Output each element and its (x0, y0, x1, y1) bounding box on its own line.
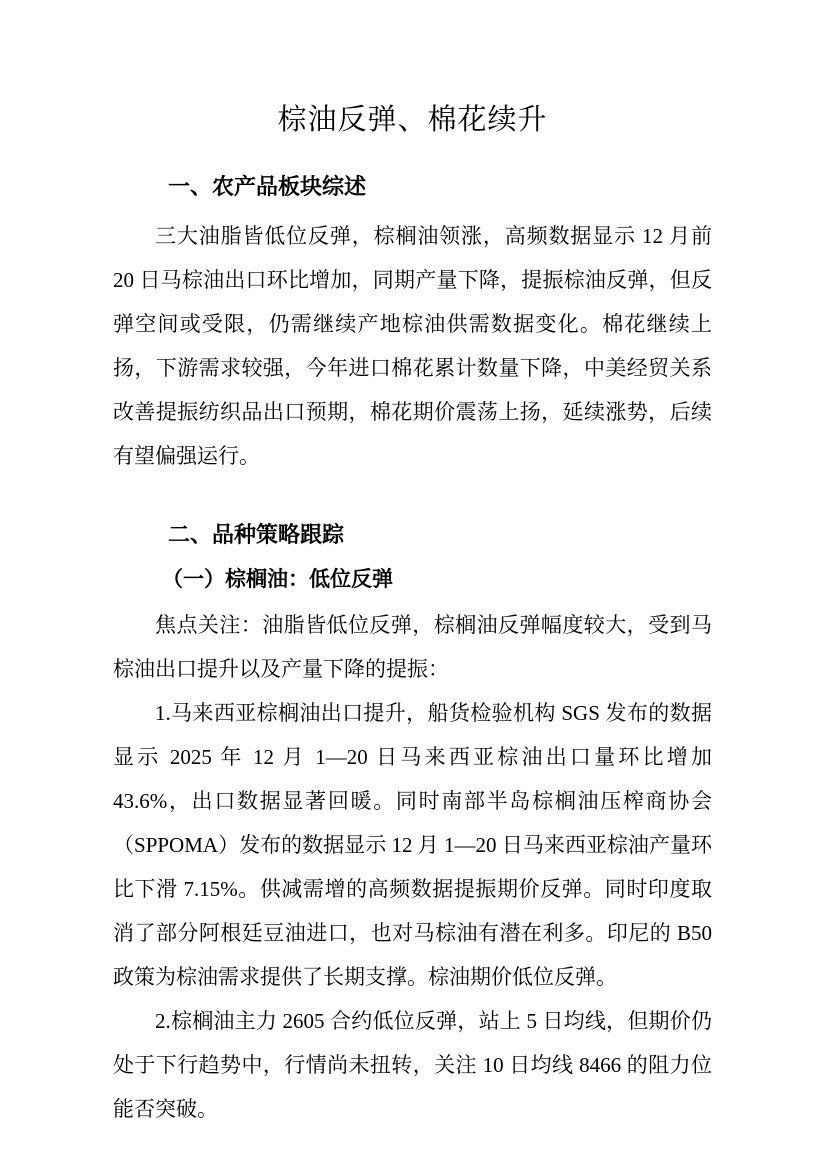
document-title: 棕油反弹、棉花续升 (113, 100, 712, 140)
subsection-heading-palm-oil: （一）棕榈油：低位反弹 (162, 565, 712, 595)
paragraph-palm-oil-point1: 1.马来西亚棕榈油出口提升，船货检验机构 SGS 发布的数据显示 2025 年 … (113, 691, 712, 999)
paragraph-palm-oil-focus: 焦点关注：油脂皆低位反弹，棕榈油反弹幅度较大，受到马棕油出口提升以及产量下降的提… (113, 603, 712, 691)
section-heading-agri-overview: 一、农产品板块综述 (168, 172, 712, 202)
section-heading-strategy-tracking: 二、品种策略跟踪 (168, 520, 712, 550)
paragraph-palm-oil-point2: 2.棕榈油主力 2605 合约低位反弹，站上 5 日均线，但期价仍处于下行趋势中… (113, 999, 712, 1131)
paragraph-agri-overview: 三大油脂皆低位反弹，棕榈油领涨，高频数据显示 12 月前 20 日马棕油出口环比… (113, 214, 712, 478)
document-page: 棕油反弹、棉花续升 一、农产品板块综述 三大油脂皆低位反弹，棕榈油领涨，高频数据… (0, 0, 826, 1169)
